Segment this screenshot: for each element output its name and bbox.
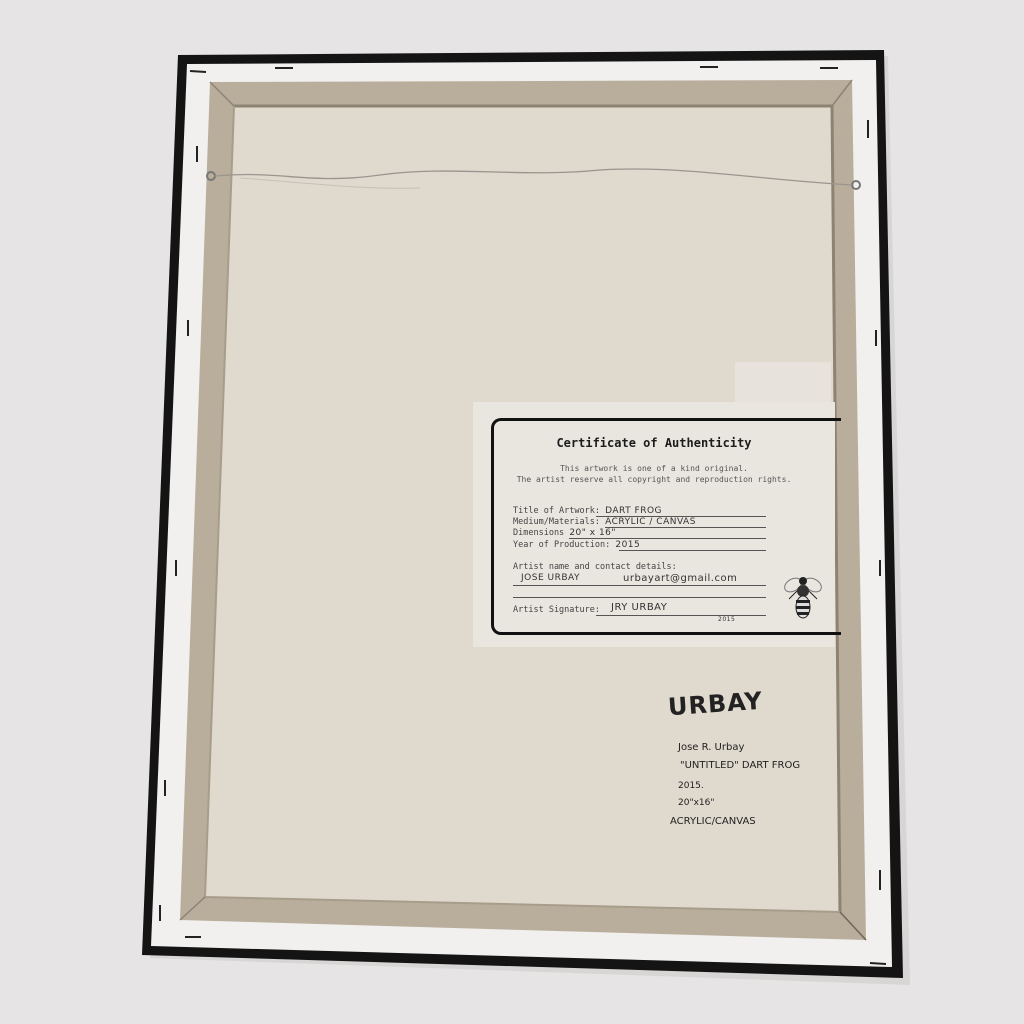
certificate-subtitle-1: This artwork is one of a kind original.: [473, 464, 835, 473]
field-year: Year of Production: 2015: [513, 540, 640, 550]
certificate-title: Certificate of Authenticity: [473, 436, 835, 450]
contact-label: Artist name and contact details:: [513, 562, 677, 572]
signature-label: Artist Signature:: [513, 605, 600, 615]
artist-name: JOSE URBAY: [521, 573, 580, 583]
handwritten-line-2: "UNTITLED" DART FROG: [680, 760, 800, 771]
field-medium: Medium/Materials: ACRYLIC / CANVAS: [513, 517, 696, 527]
handwritten-line-1: Jose R. Urbay: [678, 742, 744, 753]
bee-emblem-icon: [783, 567, 823, 623]
handwritten-line-4: 20"x16": [678, 798, 715, 808]
signature-date: 2015: [718, 616, 735, 623]
field-title: Title of Artwork: DART FROG: [513, 506, 662, 516]
certificate-subtitle-2: The artist reserve all copyright and rep…: [473, 475, 835, 484]
artist-email: urbayart@gmail.com: [623, 573, 737, 584]
field-dimensions: Dimensions 20" x 16": [513, 528, 616, 538]
certificate-of-authenticity: Certificate of Authenticity This artwork…: [473, 402, 835, 647]
handwritten-line-3: 2015.: [678, 781, 704, 791]
handwritten-line-5: ACRYLIC/CANVAS: [670, 816, 756, 827]
artist-signature: JRY URBAY: [611, 602, 667, 613]
